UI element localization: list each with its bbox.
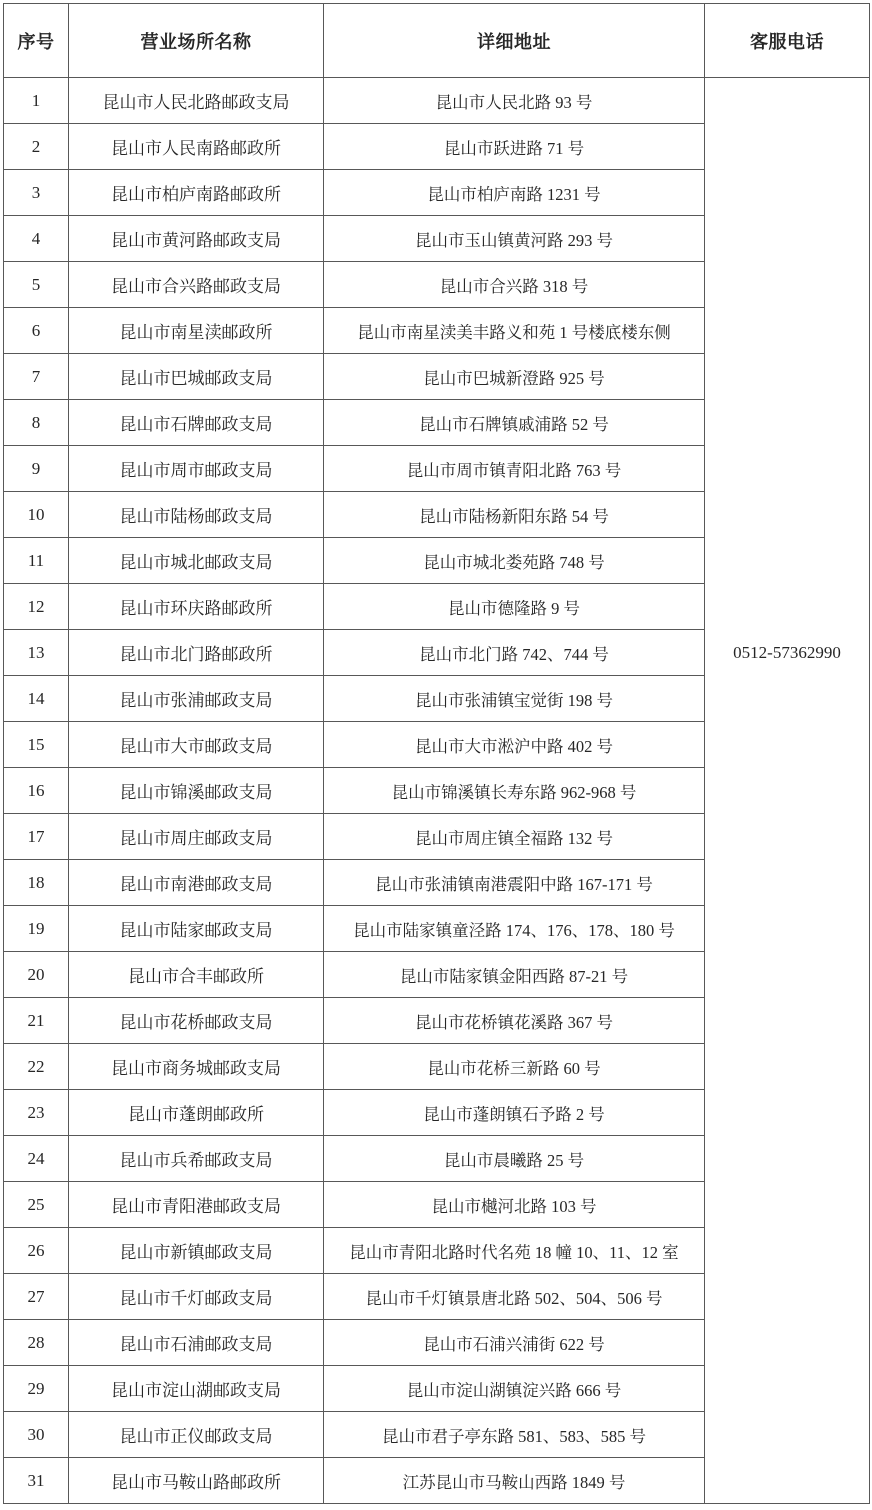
office-name-cell: 昆山市马鞍山路邮政所 [69, 1458, 324, 1504]
row-index-cell: 30 [4, 1412, 69, 1458]
address-cell: 昆山市周市镇青阳北路 763 号 [324, 446, 705, 492]
office-name-cell: 昆山市南星渎邮政所 [69, 308, 324, 354]
address-cell: 昆山市大市淞沪中路 402 号 [324, 722, 705, 768]
address-cell: 昆山市城北娄苑路 748 号 [324, 538, 705, 584]
address-cell: 昆山市石浦兴浦街 622 号 [324, 1320, 705, 1366]
row-index-cell: 13 [4, 630, 69, 676]
table-row: 1 昆山市人民北路邮政支局 昆山市人民北路 93 号 0512-57362990 [4, 78, 870, 124]
address-cell: 昆山市千灯镇景唐北路 502、504、506 号 [324, 1274, 705, 1320]
row-index-cell: 3 [4, 170, 69, 216]
office-name-cell: 昆山市兵希邮政支局 [69, 1136, 324, 1182]
table-body: 1 昆山市人民北路邮政支局 昆山市人民北路 93 号 0512-57362990… [4, 78, 870, 1504]
address-cell: 昆山市花桥三新路 60 号 [324, 1044, 705, 1090]
office-name-cell: 昆山市商务城邮政支局 [69, 1044, 324, 1090]
office-name-cell: 昆山市花桥邮政支局 [69, 998, 324, 1044]
office-name-cell: 昆山市黄河路邮政支局 [69, 216, 324, 262]
row-index-cell: 1 [4, 78, 69, 124]
office-name-cell: 昆山市合兴路邮政支局 [69, 262, 324, 308]
office-name-cell: 昆山市新镇邮政支局 [69, 1228, 324, 1274]
address-cell: 昆山市石牌镇戚浦路 52 号 [324, 400, 705, 446]
row-index-cell: 16 [4, 768, 69, 814]
office-name-cell: 昆山市周庄邮政支局 [69, 814, 324, 860]
office-name-cell: 昆山市千灯邮政支局 [69, 1274, 324, 1320]
col-header-address: 详细地址 [324, 4, 705, 78]
office-name-cell: 昆山市青阳港邮政支局 [69, 1182, 324, 1228]
row-index-cell: 9 [4, 446, 69, 492]
row-index-cell: 29 [4, 1366, 69, 1412]
col-header-name: 营业场所名称 [69, 4, 324, 78]
row-index-cell: 20 [4, 952, 69, 998]
address-cell: 昆山市人民北路 93 号 [324, 78, 705, 124]
address-cell: 昆山市南星渎美丰路义和苑 1 号楼底楼东侧 [324, 308, 705, 354]
address-cell: 昆山市樾河北路 103 号 [324, 1182, 705, 1228]
header-row: 序号 营业场所名称 详细地址 客服电话 [4, 4, 870, 78]
col-header-index: 序号 [4, 4, 69, 78]
office-name-cell: 昆山市正仪邮政支局 [69, 1412, 324, 1458]
office-name-cell: 昆山市北门路邮政所 [69, 630, 324, 676]
address-cell: 昆山市合兴路 318 号 [324, 262, 705, 308]
address-cell: 昆山市陆杨新阳东路 54 号 [324, 492, 705, 538]
office-name-cell: 昆山市陆家邮政支局 [69, 906, 324, 952]
office-name-cell: 昆山市人民北路邮政支局 [69, 78, 324, 124]
row-index-cell: 10 [4, 492, 69, 538]
office-name-cell: 昆山市张浦邮政支局 [69, 676, 324, 722]
office-name-cell: 昆山市石浦邮政支局 [69, 1320, 324, 1366]
customer-service-phone: 0512-57362990 [705, 642, 869, 664]
address-cell: 昆山市锦溪镇长寿东路 962-968 号 [324, 768, 705, 814]
office-name-cell: 昆山市蓬朗邮政所 [69, 1090, 324, 1136]
office-name-cell: 昆山市柏庐南路邮政所 [69, 170, 324, 216]
address-cell: 昆山市花桥镇花溪路 367 号 [324, 998, 705, 1044]
office-name-cell: 昆山市人民南路邮政所 [69, 124, 324, 170]
address-cell: 昆山市柏庐南路 1231 号 [324, 170, 705, 216]
address-cell: 江苏昆山市马鞍山西路 1849 号 [324, 1458, 705, 1504]
address-cell: 昆山市张浦镇宝觉街 198 号 [324, 676, 705, 722]
row-index-cell: 12 [4, 584, 69, 630]
address-cell: 昆山市陆家镇童泾路 174、176、178、180 号 [324, 906, 705, 952]
office-name-cell: 昆山市锦溪邮政支局 [69, 768, 324, 814]
row-index-cell: 18 [4, 860, 69, 906]
office-name-cell: 昆山市大市邮政支局 [69, 722, 324, 768]
row-index-cell: 19 [4, 906, 69, 952]
row-index-cell: 15 [4, 722, 69, 768]
row-index-cell: 17 [4, 814, 69, 860]
row-index-cell: 6 [4, 308, 69, 354]
address-cell: 昆山市蓬朗镇石予路 2 号 [324, 1090, 705, 1136]
address-cell: 昆山市君子亭东路 581、583、585 号 [324, 1412, 705, 1458]
address-cell: 昆山市北门路 742、744 号 [324, 630, 705, 676]
row-index-cell: 25 [4, 1182, 69, 1228]
row-index-cell: 27 [4, 1274, 69, 1320]
row-index-cell: 5 [4, 262, 69, 308]
row-index-cell: 24 [4, 1136, 69, 1182]
office-name-cell: 昆山市陆杨邮政支局 [69, 492, 324, 538]
address-cell: 昆山市跃进路 71 号 [324, 124, 705, 170]
address-cell: 昆山市张浦镇南港震阳中路 167-171 号 [324, 860, 705, 906]
row-index-cell: 8 [4, 400, 69, 446]
address-cell: 昆山市晨曦路 25 号 [324, 1136, 705, 1182]
office-name-cell: 昆山市合丰邮政所 [69, 952, 324, 998]
row-index-cell: 22 [4, 1044, 69, 1090]
office-name-cell: 昆山市城北邮政支局 [69, 538, 324, 584]
office-name-cell: 昆山市南港邮政支局 [69, 860, 324, 906]
phone-cell: 0512-57362990 [705, 78, 870, 1504]
post-office-table: 序号 营业场所名称 详细地址 客服电话 1 昆山市人民北路邮政支局 昆山市人民北… [3, 3, 870, 1504]
table-header: 序号 营业场所名称 详细地址 客服电话 [4, 4, 870, 78]
row-index-cell: 7 [4, 354, 69, 400]
row-index-cell: 28 [4, 1320, 69, 1366]
row-index-cell: 11 [4, 538, 69, 584]
row-index-cell: 14 [4, 676, 69, 722]
address-cell: 昆山市淀山湖镇淀兴路 666 号 [324, 1366, 705, 1412]
col-header-phone: 客服电话 [705, 4, 870, 78]
office-name-cell: 昆山市巴城邮政支局 [69, 354, 324, 400]
office-name-cell: 昆山市石牌邮政支局 [69, 400, 324, 446]
address-cell: 昆山市青阳北路时代名苑 18 幢 10、11、12 室 [324, 1228, 705, 1274]
row-index-cell: 31 [4, 1458, 69, 1504]
office-name-cell: 昆山市淀山湖邮政支局 [69, 1366, 324, 1412]
row-index-cell: 26 [4, 1228, 69, 1274]
office-name-cell: 昆山市环庆路邮政所 [69, 584, 324, 630]
row-index-cell: 2 [4, 124, 69, 170]
post-office-table-container: 序号 营业场所名称 详细地址 客服电话 1 昆山市人民北路邮政支局 昆山市人民北… [0, 0, 872, 1504]
office-name-cell: 昆山市周市邮政支局 [69, 446, 324, 492]
address-cell: 昆山市德隆路 9 号 [324, 584, 705, 630]
address-cell: 昆山市陆家镇金阳西路 87-21 号 [324, 952, 705, 998]
address-cell: 昆山市巴城新澄路 925 号 [324, 354, 705, 400]
row-index-cell: 23 [4, 1090, 69, 1136]
address-cell: 昆山市周庄镇全福路 132 号 [324, 814, 705, 860]
row-index-cell: 21 [4, 998, 69, 1044]
address-cell: 昆山市玉山镇黄河路 293 号 [324, 216, 705, 262]
row-index-cell: 4 [4, 216, 69, 262]
